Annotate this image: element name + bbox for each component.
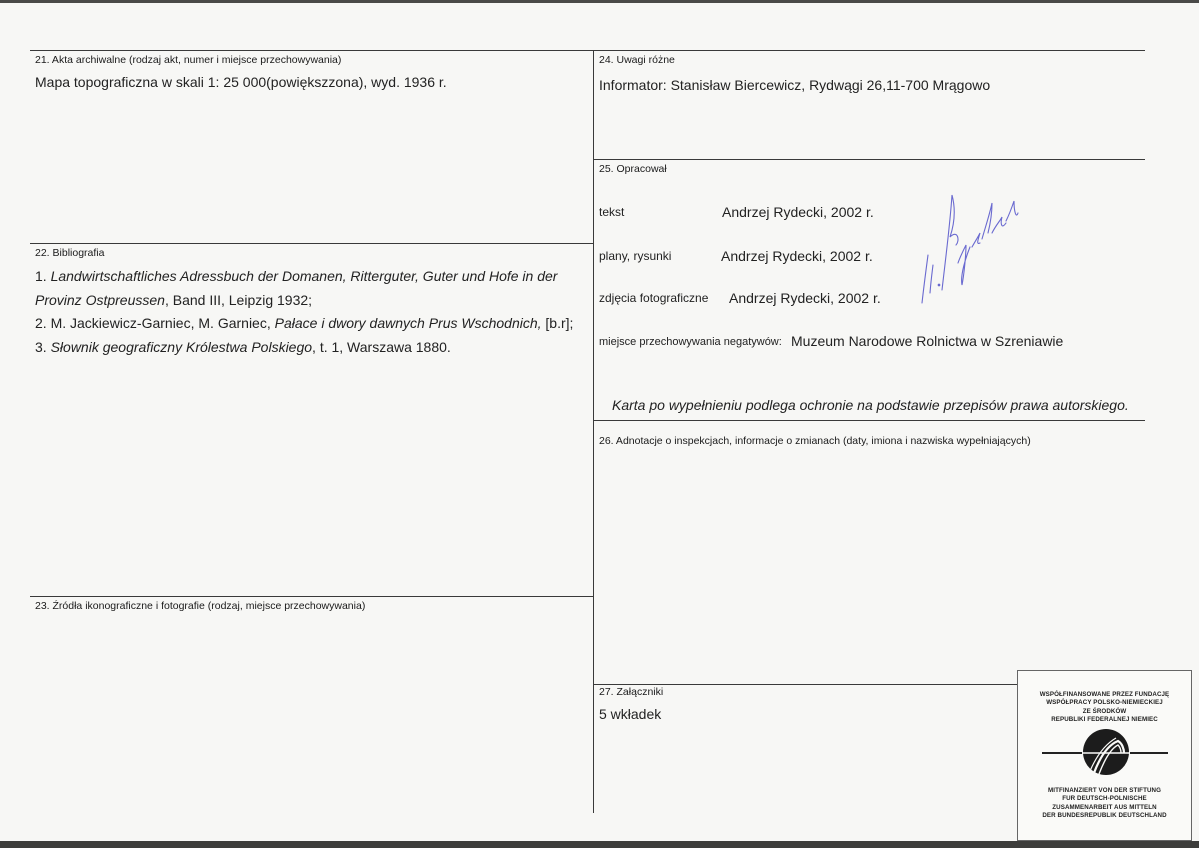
section-23-label: 23. Źródła ikonograficzne i fotografie (… bbox=[35, 600, 365, 612]
section-26-label: 26. Adnotacje o inspekcjach, informacje … bbox=[599, 435, 1031, 447]
bibliography-list: 1. Landwirtschaftliches Adressbuch der D… bbox=[35, 265, 595, 359]
section-25-label: 25. Opracował bbox=[599, 163, 667, 175]
divider-top bbox=[30, 50, 1145, 51]
divider-22-23 bbox=[30, 596, 593, 597]
author-row-key: plany, rysunki bbox=[599, 249, 671, 263]
author-row-value: Andrzej Rydecki, 2002 r. bbox=[729, 290, 881, 306]
divider-26-27 bbox=[593, 684, 1017, 685]
section-24-label: 24. Uwagi różne bbox=[599, 54, 675, 66]
section-27-label: 27. Załączniki bbox=[599, 686, 663, 698]
divider-21-22 bbox=[30, 243, 593, 244]
divider-center bbox=[593, 50, 594, 813]
divider-24-25 bbox=[593, 159, 1145, 160]
section-21-label: 21. Akta archiwalne (rodzaj akt, numer i… bbox=[35, 54, 341, 66]
section-22-label: 22. Bibliografia bbox=[35, 247, 104, 259]
section-24-value: Informator: Stanisław Biercewicz, Rydwąg… bbox=[599, 77, 990, 93]
section-27-value: 5 wkładek bbox=[599, 706, 661, 722]
negatives-value: Muzeum Narodowe Rolnictwa w Szreniawie bbox=[791, 333, 1063, 349]
copyright-note: Karta po wypełnieniu podlega ochronie na… bbox=[612, 397, 1129, 413]
foundation-emblem-icon bbox=[1038, 727, 1171, 777]
logo-text-german: MITFINANZIERT VON DER STIFTUNG FUR DEUTS… bbox=[1018, 787, 1191, 821]
author-row-key: zdjęcia fotograficzne bbox=[599, 291, 708, 305]
bibliography-item: 3. Słownik geograficzny Królestwa Polski… bbox=[35, 336, 595, 360]
logo-text-polish: WSPÓŁFINANSOWANE PRZEZ FUNDACJĘ WSPÓŁPRA… bbox=[1018, 691, 1191, 725]
author-row-value: Andrzej Rydecki, 2002 r. bbox=[722, 204, 874, 220]
bibliography-item: Provinz Ostpreussen, Band III, Leipzig 1… bbox=[35, 289, 595, 313]
scan-top-edge bbox=[0, 0, 1199, 3]
bibliography-item: 1. Landwirtschaftliches Adressbuch der D… bbox=[35, 265, 595, 289]
section-21-value: Mapa topograficzna w skali 1: 25 000(pow… bbox=[35, 74, 447, 90]
author-row-key: tekst bbox=[599, 205, 624, 219]
foundation-logo-box: WSPÓŁFINANSOWANE PRZEZ FUNDACJĘ WSPÓŁPRA… bbox=[1017, 670, 1192, 841]
author-row-value: Andrzej Rydecki, 2002 r. bbox=[721, 248, 873, 264]
negatives-label: miejsce przechowywania negatywów: bbox=[599, 336, 782, 348]
scan-bottom-edge bbox=[0, 841, 1199, 848]
signature-icon bbox=[900, 185, 1030, 310]
divider-25-26 bbox=[593, 420, 1145, 421]
bibliography-item: 2. M. Jackiewicz-Garniec, M. Garniec, Pa… bbox=[35, 312, 595, 336]
